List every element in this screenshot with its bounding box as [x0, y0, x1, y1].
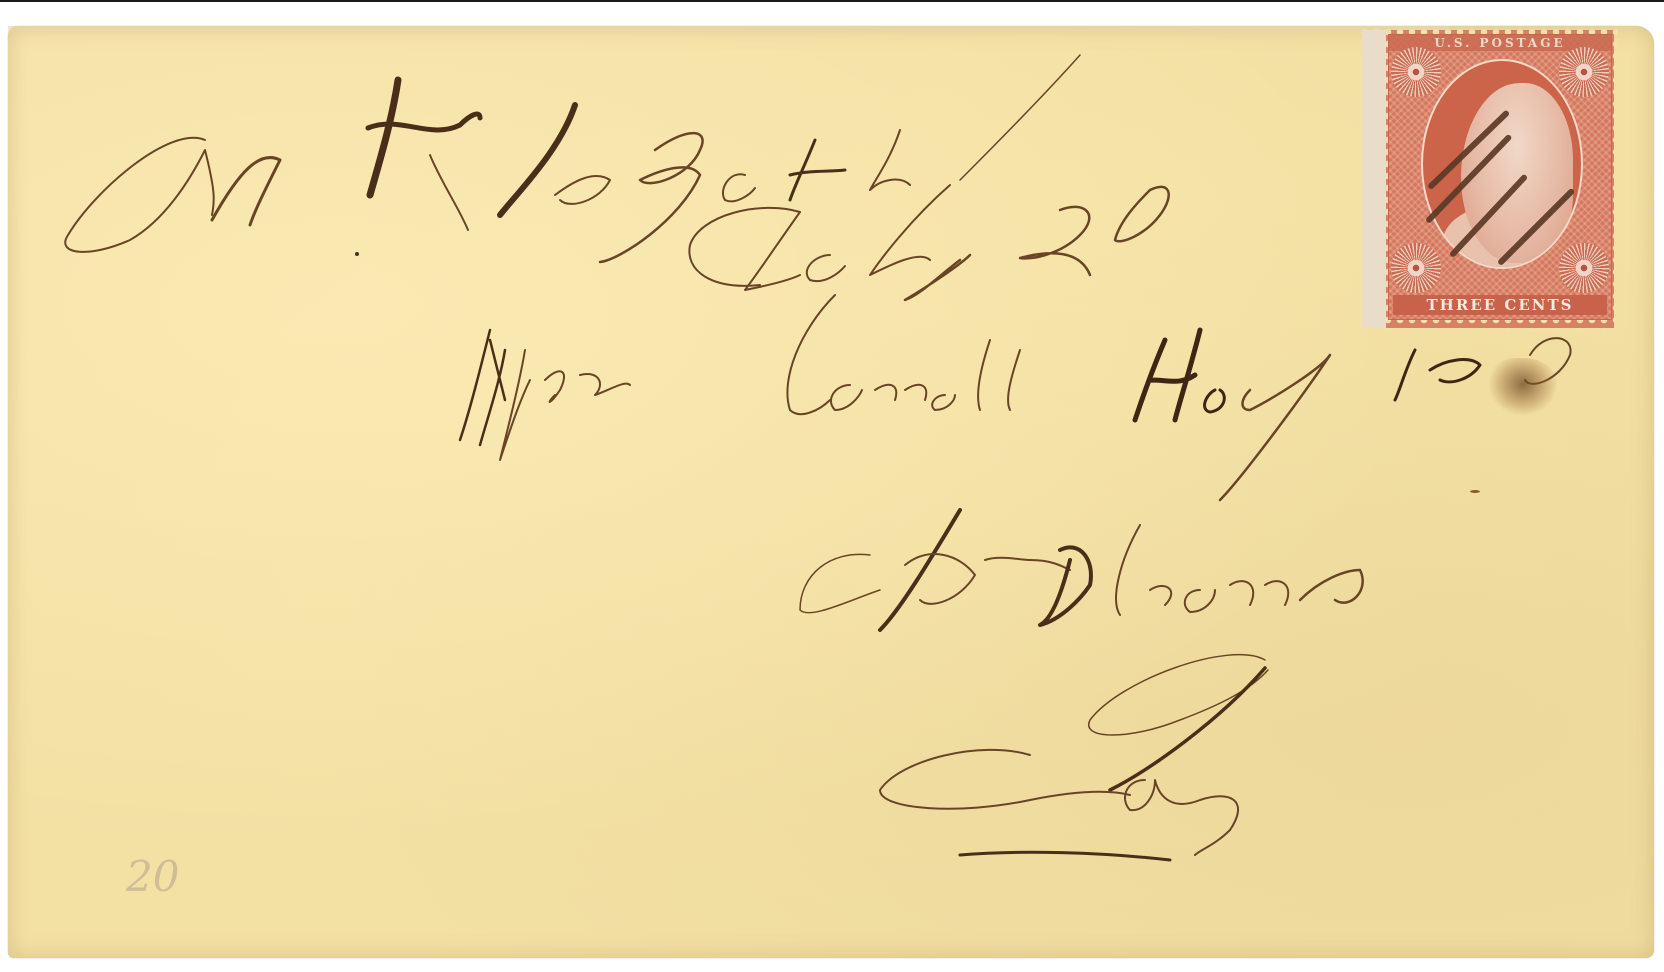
image-top-border [0, 0, 1664, 2]
manuscript-postmark-town: Mt Flo Gc Ark [70, 180, 77, 181]
pencil-notation: 20 [126, 852, 179, 901]
ink-speck [1470, 490, 1480, 493]
rosette-icon [1559, 47, 1609, 97]
postage-stamp: U.S. POSTAGE THREE CENTS [1362, 30, 1614, 328]
address-line-state: La [890, 780, 891, 781]
rosette-icon [1391, 243, 1441, 293]
envelope-top-fold [8, 26, 1448, 36]
address-line-city: New Orleans [800, 580, 807, 581]
rosette-icon [1391, 47, 1441, 97]
ink-speck [355, 252, 359, 256]
stamp-selvage-margin [1362, 30, 1386, 328]
washington-portrait [1421, 59, 1583, 269]
address-line-addressee: Messrs Carroll Hoy &c [460, 390, 472, 391]
stamp-frame: U.S. POSTAGE THREE CENTS [1388, 34, 1612, 320]
stamp-denomination-label: THREE CENTS [1393, 295, 1607, 315]
manuscript-postmark-date: Feby 20 [690, 250, 694, 251]
